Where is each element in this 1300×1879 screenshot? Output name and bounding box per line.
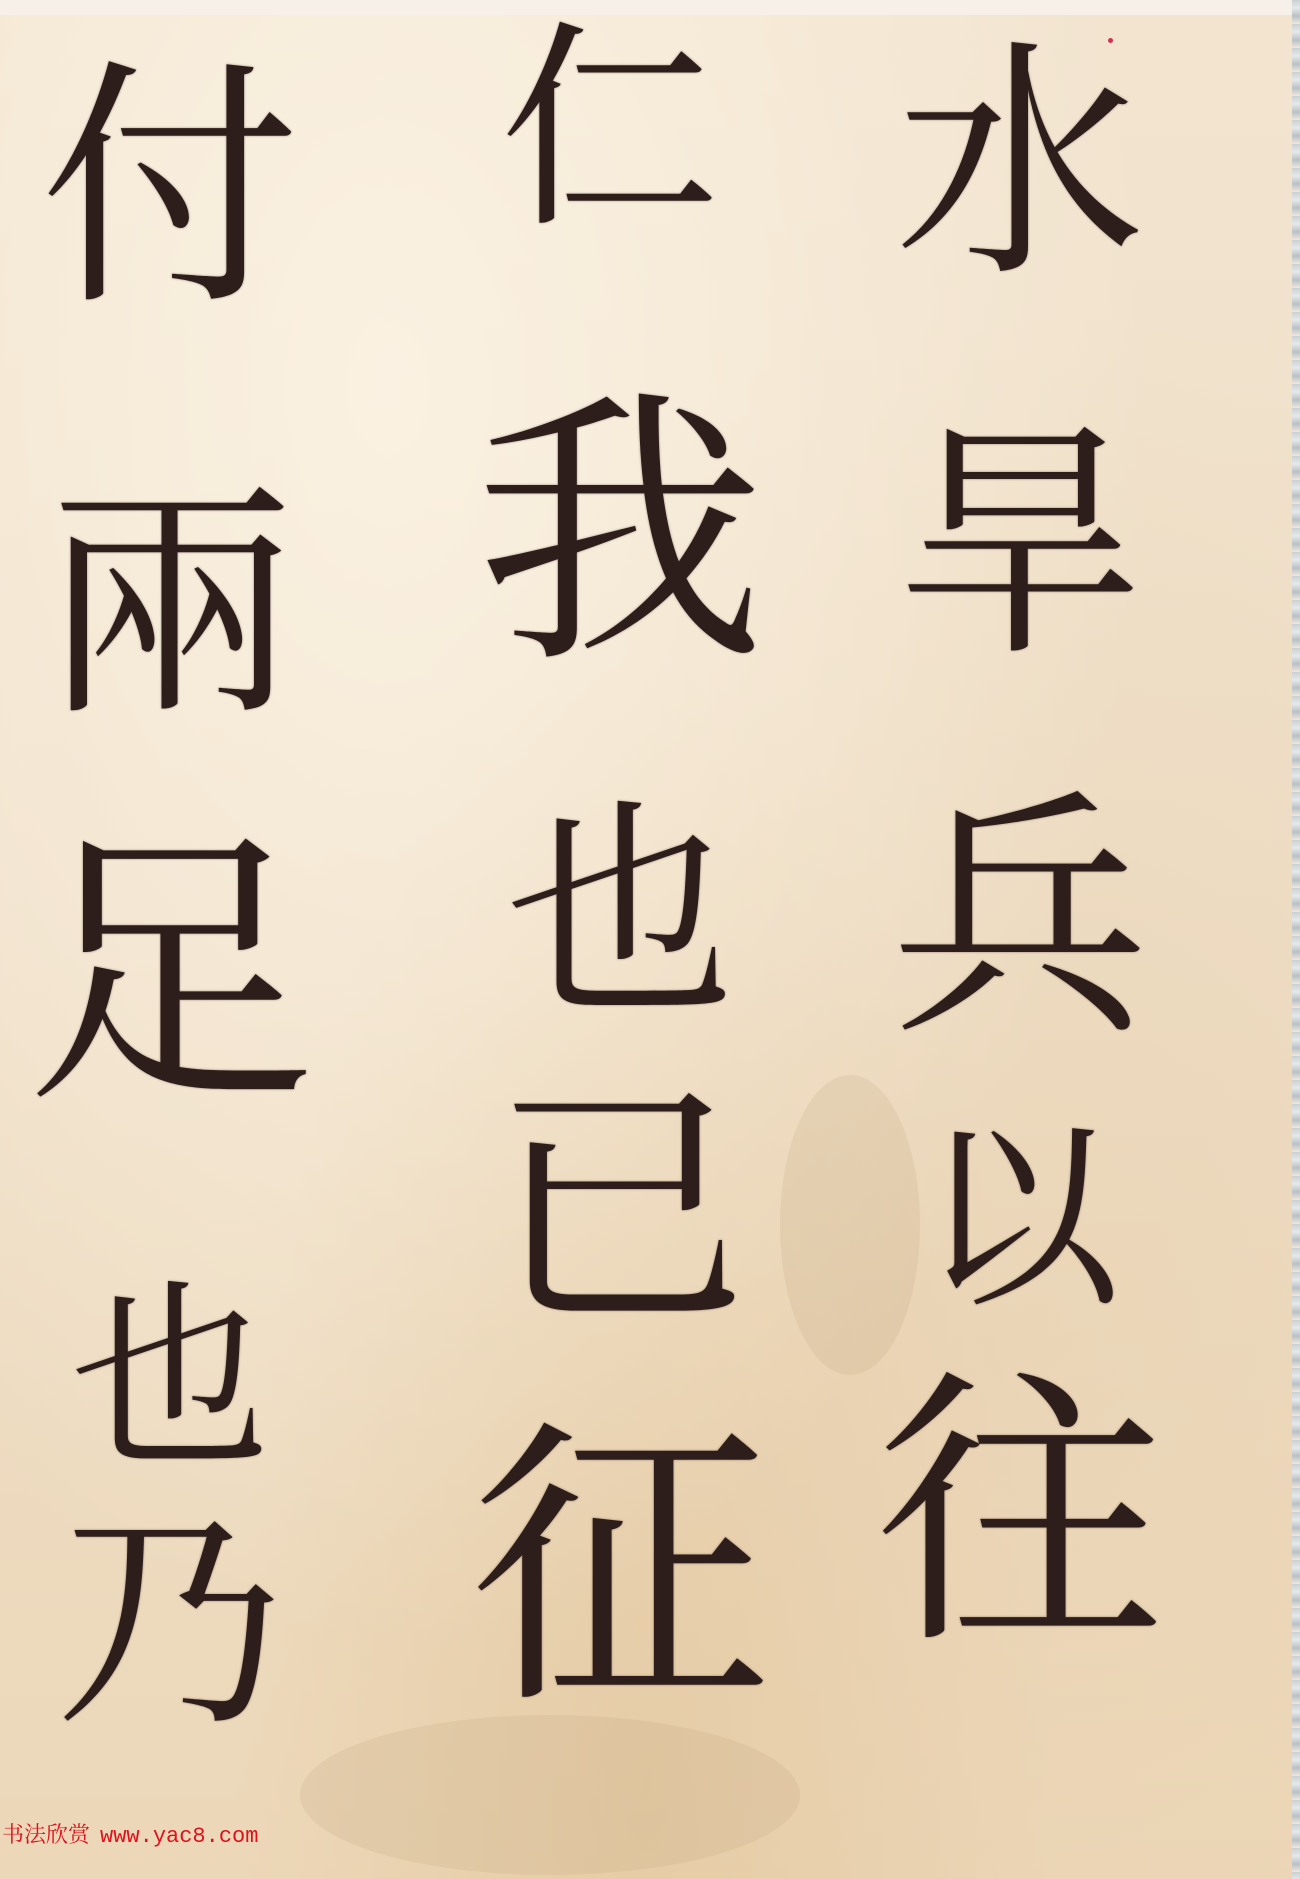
mounting-edge	[1292, 0, 1300, 1879]
calligraphy-character: 仁	[460, 20, 760, 240]
calligraphy-character: 征	[470, 1420, 770, 1720]
site-watermark: 书法欣赏www.yac8.com	[2, 1818, 258, 1849]
calligraphy-column-left: 付 兩 足 也 乃	[20, 0, 320, 1879]
calligraphy-character: 水	[870, 40, 1170, 290]
calligraphy-character: 往	[870, 1370, 1170, 1660]
calligraphy-character: 乃	[20, 1510, 320, 1740]
calligraphy-character: 已	[470, 1080, 770, 1340]
calligraphy-character: 付	[20, 60, 320, 320]
calligraphy-column-right: 水 旱 兵 以 往	[870, 0, 1170, 1879]
calligraphy-character: 旱	[870, 420, 1170, 670]
calligraphy-character: 足	[20, 830, 320, 1120]
calligraphy-character: 也	[20, 1280, 320, 1480]
calligraphy-character: 我	[470, 390, 770, 680]
calligraphy-character: 兵	[870, 790, 1170, 1050]
calligraphy-character: 以	[870, 1120, 1170, 1320]
watermark-label: 书法欣赏	[2, 1823, 90, 1848]
calligraphy-character: 也	[470, 800, 770, 1030]
watermark-url: www.yac8.com	[100, 1824, 258, 1849]
calligraphy-character: 兩	[20, 480, 320, 730]
calligraphy-column-middle: 仁 我 也 已 征	[470, 0, 770, 1879]
